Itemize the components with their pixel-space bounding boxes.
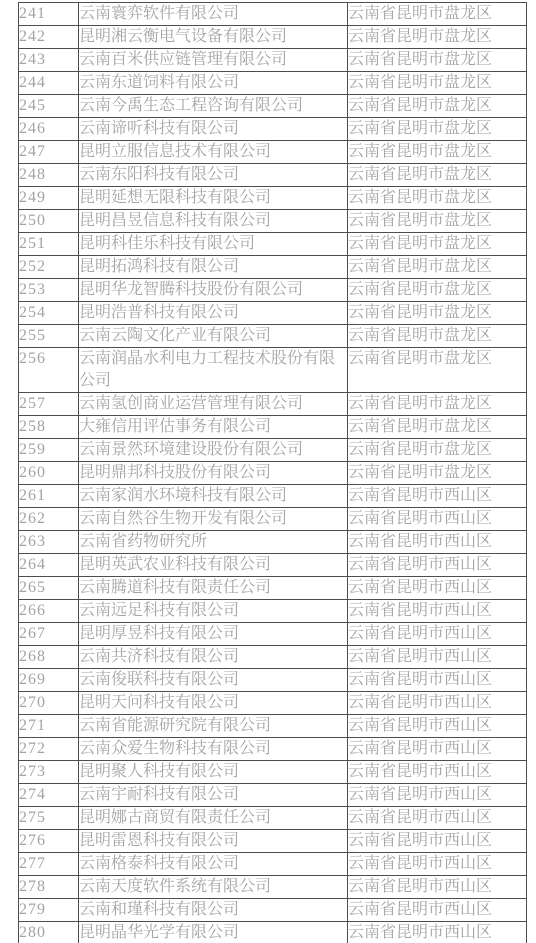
district-cell: 云南省昆明市西山区 <box>348 600 527 623</box>
table-row: 243云南百米供应链管理有限公司云南省昆明市盘龙区 <box>19 49 527 72</box>
company-name-cell: 云南宇耐科技有限公司 <box>79 784 348 807</box>
row-number-cell: 251 <box>19 233 79 256</box>
table-row: 260昆明鼎邦科技股份有限公司云南省昆明市盘龙区 <box>19 462 527 485</box>
row-number-cell: 274 <box>19 784 79 807</box>
district-cell: 云南省昆明市西山区 <box>348 830 527 853</box>
district-cell: 云南省昆明市西山区 <box>348 692 527 715</box>
table-row: 248云南东阳科技有限公司云南省昆明市盘龙区 <box>19 164 527 187</box>
row-number-cell: 249 <box>19 187 79 210</box>
table-row: 265云南腾道科技有限责任公司云南省昆明市西山区 <box>19 577 527 600</box>
company-name-cell: 云南氢创商业运营管理有限公司 <box>79 393 348 416</box>
table-row: 241云南寰弈软件有限公司云南省昆明市盘龙区 <box>19 3 527 26</box>
company-name-cell: 云南省药物研究所 <box>79 531 348 554</box>
table-row: 266云南远足科技有限公司云南省昆明市西山区 <box>19 600 527 623</box>
company-name-cell: 昆明聚人科技有限公司 <box>79 761 348 784</box>
company-name-cell: 昆明拓鸿科技有限公司 <box>79 256 348 279</box>
row-number-cell: 253 <box>19 279 79 302</box>
company-name-cell: 云南今禹生态工程咨询有限公司 <box>79 95 348 118</box>
district-cell: 云南省昆明市盘龙区 <box>348 393 527 416</box>
table-row: 268云南共济科技有限公司云南省昆明市西山区 <box>19 646 527 669</box>
district-cell: 云南省昆明市西山区 <box>348 485 527 508</box>
row-number-cell: 257 <box>19 393 79 416</box>
row-number-cell: 241 <box>19 3 79 26</box>
table-row: 249昆明延想无限科技有限公司云南省昆明市盘龙区 <box>19 187 527 210</box>
district-cell: 云南省昆明市盘龙区 <box>348 279 527 302</box>
document-page: 241云南寰弈软件有限公司云南省昆明市盘龙区242昆明湘云衡电气设备有限公司云南… <box>0 0 536 943</box>
row-number-cell: 278 <box>19 876 79 899</box>
district-cell: 云南省昆明市盘龙区 <box>348 348 527 393</box>
row-number-cell: 244 <box>19 72 79 95</box>
table-row: 254昆明浩普科技有限公司云南省昆明市盘龙区 <box>19 302 527 325</box>
row-number-cell: 256 <box>19 348 79 393</box>
company-name-cell: 昆明鼎邦科技股份有限公司 <box>79 462 348 485</box>
district-cell: 云南省昆明市盘龙区 <box>348 416 527 439</box>
table-row: 280昆明晶华光学有限公司云南省昆明市西山区 <box>19 922 527 943</box>
company-name-cell: 大雍信用评估事务有限公司 <box>79 416 348 439</box>
table-row: 257云南氢创商业运营管理有限公司云南省昆明市盘龙区 <box>19 393 527 416</box>
company-name-cell: 云南共济科技有限公司 <box>79 646 348 669</box>
row-number-cell: 255 <box>19 325 79 348</box>
row-number-cell: 264 <box>19 554 79 577</box>
company-name-cell: 昆明天问科技有限公司 <box>79 692 348 715</box>
district-cell: 云南省昆明市西山区 <box>348 531 527 554</box>
table-row: 270昆明天问科技有限公司云南省昆明市西山区 <box>19 692 527 715</box>
table-row: 274云南宇耐科技有限公司云南省昆明市西山区 <box>19 784 527 807</box>
row-number-cell: 250 <box>19 210 79 233</box>
row-number-cell: 271 <box>19 715 79 738</box>
district-cell: 云南省昆明市西山区 <box>348 876 527 899</box>
company-name-cell: 昆明雷恩科技有限公司 <box>79 830 348 853</box>
table-row: 256云南润晶水利电力工程技术股份有限公司云南省昆明市盘龙区 <box>19 348 527 393</box>
row-number-cell: 277 <box>19 853 79 876</box>
district-cell: 云南省昆明市盘龙区 <box>348 49 527 72</box>
district-cell: 云南省昆明市盘龙区 <box>348 210 527 233</box>
table-row: 255云南云陶文化产业有限公司云南省昆明市盘龙区 <box>19 325 527 348</box>
table-row: 278云南天度软件系统有限公司云南省昆明市西山区 <box>19 876 527 899</box>
company-name-cell: 云南寰弈软件有限公司 <box>79 3 348 26</box>
company-name-cell: 昆明华龙智腾科技股份有限公司 <box>79 279 348 302</box>
district-cell: 云南省昆明市西山区 <box>348 646 527 669</box>
district-cell: 云南省昆明市盘龙区 <box>348 3 527 26</box>
row-number-cell: 248 <box>19 164 79 187</box>
company-name-cell: 云南众爱生物科技有限公司 <box>79 738 348 761</box>
district-cell: 云南省昆明市西山区 <box>348 922 527 943</box>
row-number-cell: 275 <box>19 807 79 830</box>
district-cell: 云南省昆明市西山区 <box>348 761 527 784</box>
row-number-cell: 260 <box>19 462 79 485</box>
district-cell: 云南省昆明市盘龙区 <box>348 187 527 210</box>
row-number-cell: 276 <box>19 830 79 853</box>
district-cell: 云南省昆明市西山区 <box>348 508 527 531</box>
company-name-cell: 云南润晶水利电力工程技术股份有限公司 <box>79 348 348 393</box>
district-cell: 云南省昆明市西山区 <box>348 784 527 807</box>
table-row: 246云南谛听科技有限公司云南省昆明市盘龙区 <box>19 118 527 141</box>
district-cell: 云南省昆明市盘龙区 <box>348 302 527 325</box>
table-row: 275昆明娜古商贸有限责任公司云南省昆明市西山区 <box>19 807 527 830</box>
table-row: 247昆明立服信息技术有限公司云南省昆明市盘龙区 <box>19 141 527 164</box>
company-name-cell: 云南自然谷生物开发有限公司 <box>79 508 348 531</box>
row-number-cell: 267 <box>19 623 79 646</box>
district-cell: 云南省昆明市盘龙区 <box>348 233 527 256</box>
company-name-cell: 云南百米供应链管理有限公司 <box>79 49 348 72</box>
district-cell: 云南省昆明市盘龙区 <box>348 256 527 279</box>
row-number-cell: 262 <box>19 508 79 531</box>
row-number-cell: 245 <box>19 95 79 118</box>
company-name-cell: 昆明浩普科技有限公司 <box>79 302 348 325</box>
row-number-cell: 254 <box>19 302 79 325</box>
district-cell: 云南省昆明市盘龙区 <box>348 439 527 462</box>
row-number-cell: 273 <box>19 761 79 784</box>
row-number-cell: 279 <box>19 899 79 922</box>
company-name-cell: 昆明英武农业科技有限公司 <box>79 554 348 577</box>
row-number-cell: 247 <box>19 141 79 164</box>
company-name-cell: 云南和瑾科技有限公司 <box>79 899 348 922</box>
row-number-cell: 265 <box>19 577 79 600</box>
district-cell: 云南省昆明市西山区 <box>348 899 527 922</box>
company-name-cell: 昆明湘云衡电气设备有限公司 <box>79 26 348 49</box>
row-number-cell: 243 <box>19 49 79 72</box>
table-row: 263云南省药物研究所云南省昆明市西山区 <box>19 531 527 554</box>
table-row: 252昆明拓鸿科技有限公司云南省昆明市盘龙区 <box>19 256 527 279</box>
table-row: 251昆明科佳乐科技有限公司云南省昆明市盘龙区 <box>19 233 527 256</box>
table-row: 250昆明昌昱信息科技有限公司云南省昆明市盘龙区 <box>19 210 527 233</box>
table-row: 264昆明英武农业科技有限公司云南省昆明市西山区 <box>19 554 527 577</box>
row-number-cell: 246 <box>19 118 79 141</box>
row-number-cell: 261 <box>19 485 79 508</box>
table-row: 272云南众爱生物科技有限公司云南省昆明市西山区 <box>19 738 527 761</box>
district-cell: 云南省昆明市西山区 <box>348 807 527 830</box>
district-cell: 云南省昆明市盘龙区 <box>348 95 527 118</box>
district-cell: 云南省昆明市盘龙区 <box>348 462 527 485</box>
company-name-cell: 昆明厚昱科技有限公司 <box>79 623 348 646</box>
table-row: 261云南家润水环境科技有限公司云南省昆明市西山区 <box>19 485 527 508</box>
company-name-cell: 云南俊联科技有限公司 <box>79 669 348 692</box>
company-name-cell: 云南东道饲料有限公司 <box>79 72 348 95</box>
company-name-cell: 昆明昌昱信息科技有限公司 <box>79 210 348 233</box>
district-cell: 云南省昆明市盘龙区 <box>348 164 527 187</box>
district-cell: 云南省昆明市西山区 <box>348 554 527 577</box>
district-cell: 云南省昆明市盘龙区 <box>348 118 527 141</box>
company-name-cell: 云南谛听科技有限公司 <box>79 118 348 141</box>
company-name-cell: 昆明延想无限科技有限公司 <box>79 187 348 210</box>
company-name-cell: 云南省能源研究院有限公司 <box>79 715 348 738</box>
company-name-cell: 昆明科佳乐科技有限公司 <box>79 233 348 256</box>
table-row: 245云南今禹生态工程咨询有限公司云南省昆明市盘龙区 <box>19 95 527 118</box>
district-cell: 云南省昆明市盘龙区 <box>348 26 527 49</box>
row-number-cell: 259 <box>19 439 79 462</box>
table-row: 262云南自然谷生物开发有限公司云南省昆明市西山区 <box>19 508 527 531</box>
company-name-cell: 云南格泰科技有限公司 <box>79 853 348 876</box>
table-row: 267昆明厚昱科技有限公司云南省昆明市西山区 <box>19 623 527 646</box>
district-cell: 云南省昆明市西山区 <box>348 715 527 738</box>
company-name-cell: 昆明娜古商贸有限责任公司 <box>79 807 348 830</box>
company-name-cell: 云南天度软件系统有限公司 <box>79 876 348 899</box>
company-name-cell: 云南云陶文化产业有限公司 <box>79 325 348 348</box>
company-name-cell: 云南家润水环境科技有限公司 <box>79 485 348 508</box>
table-row: 276昆明雷恩科技有限公司云南省昆明市西山区 <box>19 830 527 853</box>
district-cell: 云南省昆明市西山区 <box>348 853 527 876</box>
table-row: 277云南格泰科技有限公司云南省昆明市西山区 <box>19 853 527 876</box>
row-number-cell: 242 <box>19 26 79 49</box>
company-table-body: 241云南寰弈软件有限公司云南省昆明市盘龙区242昆明湘云衡电气设备有限公司云南… <box>19 3 527 943</box>
district-cell: 云南省昆明市西山区 <box>348 623 527 646</box>
company-name-cell: 云南东阳科技有限公司 <box>79 164 348 187</box>
district-cell: 云南省昆明市西山区 <box>348 577 527 600</box>
row-number-cell: 268 <box>19 646 79 669</box>
row-number-cell: 269 <box>19 669 79 692</box>
company-name-cell: 云南远足科技有限公司 <box>79 600 348 623</box>
company-table: 241云南寰弈软件有限公司云南省昆明市盘龙区242昆明湘云衡电气设备有限公司云南… <box>18 2 527 943</box>
table-row: 273昆明聚人科技有限公司云南省昆明市西山区 <box>19 761 527 784</box>
table-row: 242昆明湘云衡电气设备有限公司云南省昆明市盘龙区 <box>19 26 527 49</box>
row-number-cell: 258 <box>19 416 79 439</box>
row-number-cell: 270 <box>19 692 79 715</box>
district-cell: 云南省昆明市盘龙区 <box>348 325 527 348</box>
table-row: 279云南和瑾科技有限公司云南省昆明市西山区 <box>19 899 527 922</box>
row-number-cell: 263 <box>19 531 79 554</box>
table-row: 244云南东道饲料有限公司云南省昆明市盘龙区 <box>19 72 527 95</box>
row-number-cell: 266 <box>19 600 79 623</box>
district-cell: 云南省昆明市西山区 <box>348 738 527 761</box>
district-cell: 云南省昆明市盘龙区 <box>348 72 527 95</box>
district-cell: 云南省昆明市盘龙区 <box>348 141 527 164</box>
table-row: 269云南俊联科技有限公司云南省昆明市西山区 <box>19 669 527 692</box>
table-row: 258大雍信用评估事务有限公司云南省昆明市盘龙区 <box>19 416 527 439</box>
district-cell: 云南省昆明市西山区 <box>348 669 527 692</box>
table-row: 253昆明华龙智腾科技股份有限公司云南省昆明市盘龙区 <box>19 279 527 302</box>
company-name-cell: 云南景然环境建设股份有限公司 <box>79 439 348 462</box>
row-number-cell: 280 <box>19 922 79 943</box>
row-number-cell: 252 <box>19 256 79 279</box>
company-name-cell: 昆明立服信息技术有限公司 <box>79 141 348 164</box>
company-name-cell: 云南腾道科技有限责任公司 <box>79 577 348 600</box>
table-row: 259云南景然环境建设股份有限公司云南省昆明市盘龙区 <box>19 439 527 462</box>
table-row: 271云南省能源研究院有限公司云南省昆明市西山区 <box>19 715 527 738</box>
company-name-cell: 昆明晶华光学有限公司 <box>79 922 348 943</box>
row-number-cell: 272 <box>19 738 79 761</box>
